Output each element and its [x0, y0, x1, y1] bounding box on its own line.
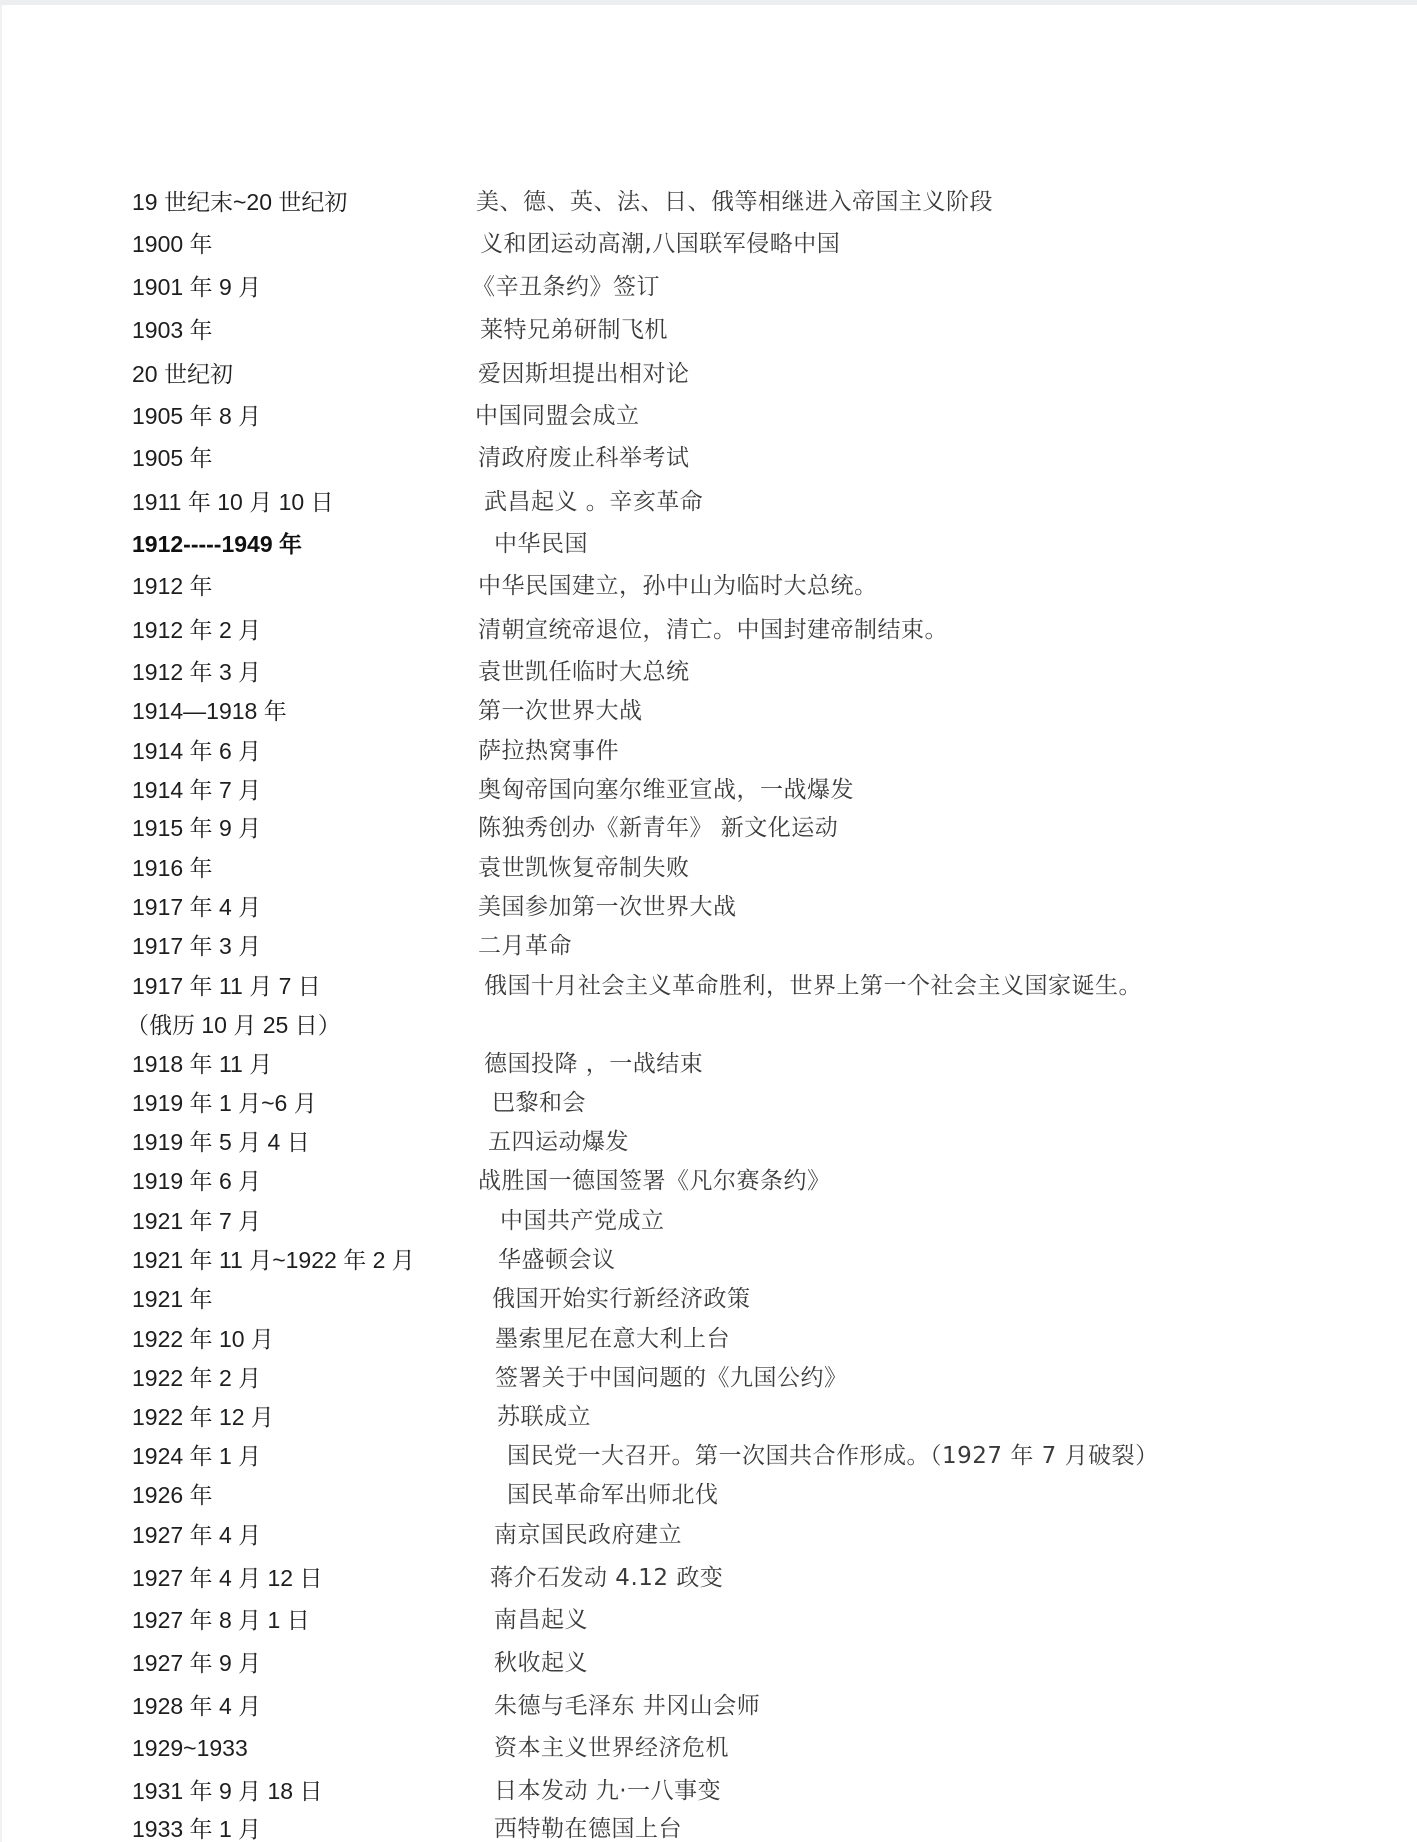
timeline-date: 1912 年	[132, 569, 213, 603]
timeline-row: 1905 年 清政府废止科举考试	[0, 441, 1417, 475]
timeline-event: 美、德、英、法、日、俄等相继进入帝国主义阶段	[476, 185, 993, 219]
timeline-date: 1921 年	[132, 1282, 213, 1316]
timeline-event: 五四运动爆发	[488, 1125, 629, 1159]
timeline-row: 1912 年 2 月 清朝宣统帝退位，清亡。中国封建帝制结束。	[0, 613, 1417, 647]
timeline-row: 1927 年 4 月 南京国民政府建立	[0, 1518, 1417, 1552]
timeline-date: 1921 年 7 月	[132, 1204, 261, 1238]
timeline-event: 俄国十月社会主义革命胜利，世界上第一个社会主义国家诞生。	[484, 969, 1142, 1003]
timeline-date: 1915 年 9 月	[132, 811, 261, 845]
timeline-date: 1931 年 9 月 18 日	[132, 1774, 323, 1808]
timeline-row: 1922 年 2 月 签署关于中国问题的《九国公约》	[0, 1361, 1417, 1395]
timeline-event: 爱因斯坦提出相对论	[478, 357, 690, 391]
timeline-date: 1914 年 6 月	[132, 734, 261, 768]
timeline-date: 1927 年 4 月 12 日	[132, 1561, 323, 1595]
timeline-date: 1905 年 8 月	[132, 399, 261, 433]
timeline-row: 1928 年 4 月 朱德与毛泽东 井冈山会师	[0, 1689, 1417, 1723]
timeline-event: 清政府废止科举考试	[478, 441, 690, 475]
timeline-event: 西特勒在德国上台	[494, 1812, 682, 1842]
timeline-event: 俄国开始实行新经济政策	[492, 1282, 751, 1316]
timeline-event: 奥匈帝国向塞尔维亚宣战，一战爆发	[478, 773, 854, 807]
timeline-row: 1918 年 11 月 德国投降 ，一战结束	[0, 1047, 1417, 1081]
timeline-event: 德国投降 ，一战结束	[484, 1047, 703, 1081]
timeline-date: 1919 年 5 月 4 日	[132, 1125, 310, 1159]
timeline-date: 1917 年 11 月 7 日	[132, 969, 321, 1003]
timeline-event: 萨拉热窝事件	[478, 734, 619, 768]
timeline-event: 南昌起义	[494, 1603, 588, 1637]
timeline-date: 1912 年 2 月	[132, 613, 261, 647]
timeline-date: 1927 年 9 月	[132, 1646, 261, 1680]
timeline-row: 1927 年 9 月 秋收起义	[0, 1646, 1417, 1680]
timeline-row: 1903 年 莱特兄弟研制飞机	[0, 313, 1417, 347]
timeline-date: 1901 年 9 月	[132, 270, 261, 304]
timeline-row: 1915 年 9 月 陈独秀创办《新青年》 新文化运动	[0, 811, 1417, 845]
timeline-row: 1914—1918 年 第一次世界大战	[0, 694, 1417, 728]
timeline-event: 秋收起义	[494, 1646, 588, 1680]
timeline-date: 1911 年 10 月 10 日	[132, 485, 334, 519]
timeline-event: 《辛丑条约》签订	[472, 270, 660, 304]
timeline-event: 二月革命	[478, 929, 572, 963]
timeline-event: 苏联成立	[497, 1400, 591, 1434]
timeline-document: 19 世纪末~20 世纪初 美、德、英、法、日、俄等相继进入帝国主义阶段 190…	[0, 0, 1417, 1842]
timeline-event: 美国参加第一次世界大战	[478, 890, 737, 924]
timeline-row: 1914 年 7 月 奥匈帝国向塞尔维亚宣战，一战爆发	[0, 773, 1417, 807]
timeline-date: 1928 年 4 月	[132, 1689, 261, 1723]
timeline-date: 1903 年	[132, 313, 213, 347]
timeline-row: 1912 年 中华民国建立，孙中山为临时大总统。	[0, 569, 1417, 603]
timeline-row: 1924 年 1 月 国民党一大召开。第一次国共合作形成。（1927 年 7 月…	[0, 1439, 1417, 1473]
timeline-event: 义和团运动高潮,八国联军侵略中国	[480, 227, 840, 261]
timeline-row: 1933 年 1 月 西特勒在德国上台	[0, 1812, 1417, 1842]
timeline-row: 1927 年 8 月 1 日 南昌起义	[0, 1603, 1417, 1637]
timeline-row: 1926 年 国民革命军出师北伐	[0, 1478, 1417, 1512]
timeline-row: 1919 年 6 月 战胜国一德国签署《凡尔赛条约》	[0, 1164, 1417, 1198]
timeline-event: 国民党一大召开。第一次国共合作形成。（1927 年 7 月破裂）	[507, 1439, 1159, 1473]
timeline-event: 战胜国一德国签署《凡尔赛条约》	[478, 1164, 831, 1198]
timeline-event: 巴黎和会	[492, 1086, 586, 1120]
timeline-event: 中华民国建立，孙中山为临时大总统。	[478, 569, 878, 603]
timeline-row: 1921 年 11 月~1922 年 2 月 华盛顿会议	[0, 1243, 1417, 1277]
timeline-row: 20 世纪初 爱因斯坦提出相对论	[0, 357, 1417, 391]
timeline-event: 武昌起义 。辛亥革命	[484, 485, 703, 519]
timeline-row: 1931 年 9 月 18 日 日本发动 九·一八事变	[0, 1774, 1417, 1808]
timeline-event: 朱德与毛泽东 井冈山会师	[494, 1689, 760, 1723]
timeline-event: 南京国民政府建立	[494, 1518, 682, 1552]
timeline-row: 1912 年 3 月 袁世凯任临时大总统	[0, 655, 1417, 689]
timeline-date: （俄历 10 月 25 日）	[126, 1008, 341, 1042]
timeline-row: 1912-----1949 年 中华民国	[0, 527, 1417, 561]
timeline-date: 1927 年 4 月	[132, 1518, 261, 1552]
timeline-date: 1917 年 3 月	[132, 929, 261, 963]
timeline-date: 1926 年	[132, 1478, 213, 1512]
timeline-row: 1917 年 11 月 7 日 俄国十月社会主义革命胜利，世界上第一个社会主义国…	[0, 969, 1417, 1003]
timeline-date: 1919 年 6 月	[132, 1164, 261, 1198]
timeline-row: 1927 年 4 月 12 日 蒋介石发动 4.12 政变	[0, 1561, 1417, 1595]
timeline-event: 清朝宣统帝退位，清亡。中国封建帝制结束。	[478, 613, 948, 647]
timeline-date: 1922 年 2 月	[132, 1361, 261, 1395]
timeline-date: 1918 年 11 月	[132, 1047, 272, 1081]
timeline-row: 1911 年 10 月 10 日 武昌起义 。辛亥革命	[0, 485, 1417, 519]
timeline-date: 1924 年 1 月	[132, 1439, 261, 1473]
timeline-event: 签署关于中国问题的《九国公约》	[495, 1361, 848, 1395]
timeline-date: 19 世纪末~20 世纪初	[132, 185, 347, 219]
timeline-event: 袁世凯恢复帝制失败	[478, 851, 690, 885]
timeline-event: 莱特兄弟研制飞机	[480, 313, 668, 347]
timeline-row: （俄历 10 月 25 日）	[0, 1008, 1417, 1042]
timeline-date: 1917 年 4 月	[132, 890, 261, 924]
timeline-row: 1917 年 3 月 二月革命	[0, 929, 1417, 963]
timeline-row: 19 世纪末~20 世纪初 美、德、英、法、日、俄等相继进入帝国主义阶段	[0, 185, 1417, 219]
timeline-date: 1919 年 1 月~6 月	[132, 1086, 317, 1120]
timeline-event: 国民革命军出师北伐	[507, 1478, 719, 1512]
timeline-event: 日本发动 九·一八事变	[494, 1774, 721, 1808]
timeline-row: 1922 年 10 月 墨索里尼在意大利上台	[0, 1322, 1417, 1356]
timeline-row: 1914 年 6 月 萨拉热窝事件	[0, 734, 1417, 768]
timeline-date: 1927 年 8 月 1 日	[132, 1603, 310, 1637]
timeline-event: 中国共产党成立	[500, 1204, 665, 1238]
timeline-date: 1914—1918 年	[132, 694, 287, 728]
timeline-date: 1933 年 1 月	[132, 1812, 261, 1842]
timeline-date: 1914 年 7 月	[132, 773, 261, 807]
timeline-row: 1900 年 义和团运动高潮,八国联军侵略中国	[0, 227, 1417, 261]
timeline-date: 1921 年 11 月~1922 年 2 月	[132, 1243, 415, 1277]
timeline-event: 中华民国	[494, 527, 588, 561]
timeline-date: 1905 年	[132, 441, 213, 475]
timeline-event: 陈独秀创办《新青年》 新文化运动	[478, 811, 838, 845]
timeline-row: 1901 年 9 月 《辛丑条约》签订	[0, 270, 1417, 304]
timeline-event: 墨索里尼在意大利上台	[495, 1322, 730, 1356]
timeline-event: 袁世凯任临时大总统	[478, 655, 690, 689]
timeline-date: 1916 年	[132, 851, 213, 885]
timeline-row: 1921 年 俄国开始实行新经济政策	[0, 1282, 1417, 1316]
timeline-event: 第一次世界大战	[478, 694, 643, 728]
timeline-event: 蒋介石发动 4.12 政变	[490, 1561, 723, 1595]
timeline-row: 1929~1933 资本主义世界经济危机	[0, 1731, 1417, 1765]
timeline-event: 华盛顿会议	[498, 1243, 616, 1277]
timeline-date: 1922 年 12 月	[132, 1400, 274, 1434]
timeline-row: 1921 年 7 月 中国共产党成立	[0, 1204, 1417, 1238]
timeline-date: 1900 年	[132, 227, 213, 261]
timeline-date: 1912 年 3 月	[132, 655, 261, 689]
timeline-date: 1912-----1949 年	[132, 527, 302, 561]
timeline-row: 1919 年 1 月~6 月 巴黎和会	[0, 1086, 1417, 1120]
timeline-row: 1905 年 8 月 中国同盟会成立	[0, 399, 1417, 433]
timeline-row: 1922 年 12 月 苏联成立	[0, 1400, 1417, 1434]
timeline-date: 20 世纪初	[132, 357, 233, 391]
timeline-date: 1922 年 10 月	[132, 1322, 274, 1356]
timeline-date: 1929~1933	[132, 1731, 248, 1765]
timeline-event: 中国同盟会成立	[475, 399, 640, 433]
timeline-row: 1916 年 袁世凯恢复帝制失败	[0, 851, 1417, 885]
timeline-event: 资本主义世界经济危机	[494, 1731, 729, 1765]
timeline-row: 1919 年 5 月 4 日 五四运动爆发	[0, 1125, 1417, 1159]
timeline-row: 1917 年 4 月 美国参加第一次世界大战	[0, 890, 1417, 924]
